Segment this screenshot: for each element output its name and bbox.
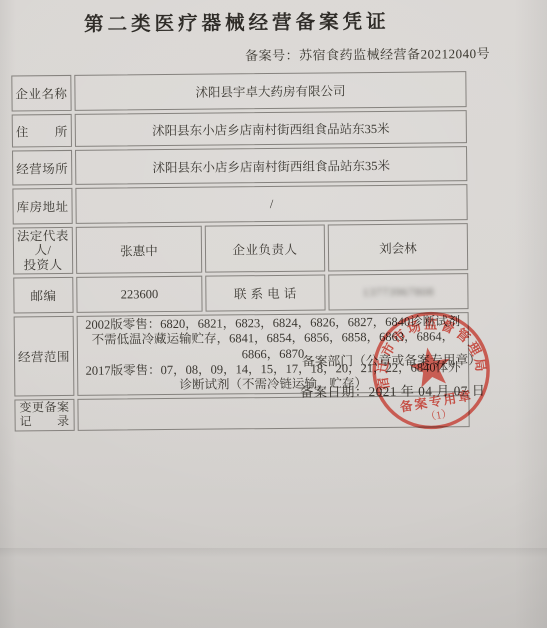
row-legal-representative: 法定代表人/ 投资人 张惠中 企业负责人 刘会林 xyxy=(13,223,468,274)
legal-rep-label: 法定代表人/ 投资人 xyxy=(13,227,73,275)
postcode-label: 邮编 xyxy=(13,277,73,314)
business-premises-label: 经营场所 xyxy=(12,150,72,186)
contact-phone-label: 联 系 电 话 xyxy=(205,275,325,312)
company-name-value: 沭阳县宇卓大药房有限公司 xyxy=(74,71,466,111)
row-company-name: 企业名称 沭阳县宇卓大药房有限公司 xyxy=(11,71,466,111)
postcode-value: 223600 xyxy=(76,276,202,313)
row-business-premises: 经营场所 沭阳县东小店乡店南村街西组食品站东35米 xyxy=(12,146,467,185)
contact-phone-value: 13773967808 xyxy=(363,284,435,299)
legal-rep-label-line2: 投资人 xyxy=(16,258,70,273)
residence-value: 沭阳县东小店乡店南村街西组食品站东35米 xyxy=(75,110,467,147)
page-title: 第二类医疗器械经营备案凭证 xyxy=(0,5,476,38)
company-name-label: 企业名称 xyxy=(11,75,71,112)
row-warehouse-address: 库房地址 / xyxy=(12,184,467,224)
residence-label: 住 所 xyxy=(12,114,72,148)
warehouse-address-value: / xyxy=(75,184,467,224)
legal-rep-value: 张惠中 xyxy=(76,226,202,274)
change-record-label: 变更备案 记 录 xyxy=(14,399,74,431)
official-seal-graphic: 宿迁市市场监督管理局 备案专用章 （1） xyxy=(360,299,503,442)
row-postcode-phone: 邮编 223600 联 系 电 话 13773967808 xyxy=(13,273,468,313)
row-residence: 住 所 沭阳县东小店乡店南村街西组食品站东35米 xyxy=(12,110,467,147)
warehouse-address-label: 库房地址 xyxy=(12,188,72,225)
official-seal: 宿迁市市场监督管理局 备案专用章 （1） xyxy=(360,299,503,442)
company-manager-label: 企业负责人 xyxy=(205,225,325,273)
red-star-icon xyxy=(407,344,454,389)
certificate-sheet: 第二类医疗器械经营备案凭证 备案号：苏宿食药监械经营备20212040号 企业名… xyxy=(0,0,547,628)
legal-rep-label-line1: 法定代表人/ xyxy=(16,229,70,258)
company-manager-value: 刘会林 xyxy=(328,223,468,271)
business-premises-value: 沭阳县东小店乡店南村街西组食品站东35米 xyxy=(75,146,467,185)
change-record-label-line2: 记 录 xyxy=(18,415,72,429)
record-number: 备案号：苏宿食药监械经营备20212040号 xyxy=(0,43,490,67)
